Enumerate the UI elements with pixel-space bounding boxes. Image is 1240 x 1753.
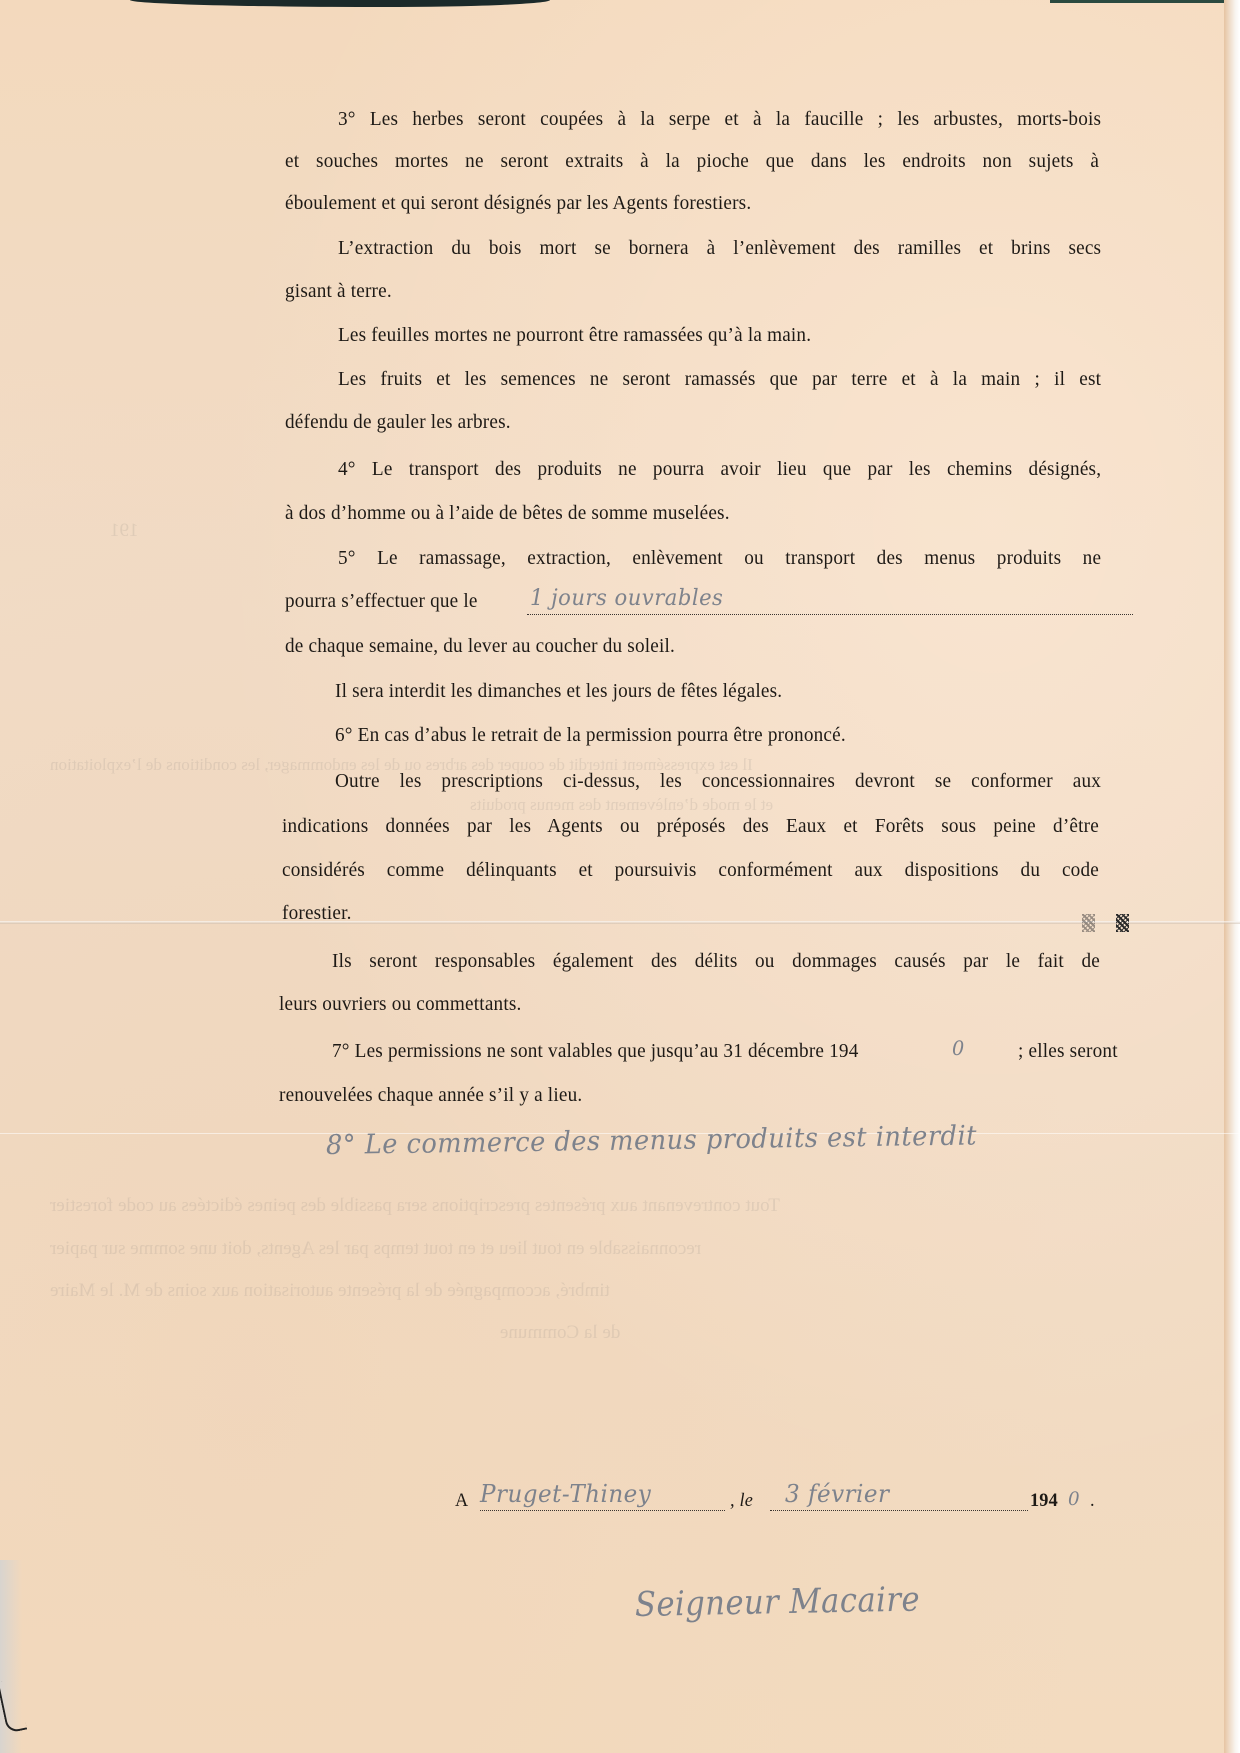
article-3-line-2: et souches mortes ne seront extraits à l… — [285, 150, 1099, 173]
year-printed: 194 — [1030, 1490, 1058, 1512]
outre-line-1: Outre les prescriptions ci-dessus, les c… — [335, 770, 1101, 793]
ink-stamp-mark — [1082, 914, 1095, 932]
article-4-line-1: 4° Le transport des produits ne pourra a… — [338, 458, 1101, 481]
signature: Seigneur Macaire — [635, 1579, 921, 1625]
horizontal-fold-line — [0, 921, 1240, 924]
article-5-line-2-prefix: pourra s’effectuer que le — [285, 590, 478, 613]
outre-line-4: forestier. — [282, 902, 352, 925]
article-3-line-3: éboulement et qui seront désignés par le… — [285, 192, 751, 215]
bois-mort-line-1: L’extraction du bois mort se bornera à l… — [338, 237, 1101, 260]
page-right-edge — [1224, 0, 1240, 1753]
place-fill-line — [480, 1510, 725, 1511]
bleed-line: Tout contrevenant aux présentes prescrip… — [50, 1195, 780, 1217]
bleed-line: reconnaissable en tout lieu et en tout t… — [50, 1238, 701, 1260]
fruits-line-1: Les fruits et les semences ne seront ram… — [338, 368, 1101, 391]
article-7-line-1-prefix: 7° Les permissions ne sont valables que … — [332, 1040, 859, 1063]
ink-stamp-mark — [1116, 914, 1129, 932]
days-fill-line — [527, 614, 1133, 615]
bois-mort-line-2: gisant à terre. — [285, 280, 392, 303]
date-fill-line — [770, 1510, 1028, 1511]
outre-line-2: indications données par les Agents ou pr… — [282, 815, 1099, 838]
article-7-line-1-suffix: ; elles seront — [1018, 1040, 1118, 1063]
year-handwritten-field[interactable]: 0 — [952, 1036, 965, 1060]
place-handwritten-field[interactable]: Pruget-Thiney — [480, 1480, 651, 1508]
fruits-line-2: défendu de gauler les arbres. — [285, 411, 511, 434]
date-period: . — [1090, 1490, 1095, 1512]
handwritten-article-8[interactable]: 8° Le commerce des menus produits est in… — [326, 1120, 977, 1161]
torn-edge-top — [130, 0, 550, 7]
date-handwritten-field[interactable]: 3 février — [785, 1480, 890, 1508]
date-separator: , le — [730, 1490, 753, 1512]
feuilles-mortes-paragraph: Les feuilles mortes ne pourront être ram… — [338, 324, 811, 347]
bleed-margin-number: 191 — [110, 520, 139, 542]
article-7-line-2: renouvelées chaque année s’il y a lieu. — [279, 1084, 582, 1107]
background-strip — [1050, 0, 1240, 3]
outre-line-3: considérés comme délinquants et poursuiv… — [282, 859, 1099, 882]
days-handwritten-field[interactable]: 1 jours ouvrables — [530, 586, 723, 611]
responsables-line-1: Ils seront responsables également des dé… — [332, 950, 1100, 973]
interdit-dimanches-paragraph: Il sera interdit les dimanches et les jo… — [335, 680, 782, 703]
article-5-line-1: 5° Le ramassage, extraction, enlèvement … — [338, 547, 1101, 570]
article-3-line-1: 3° Les herbes seront coupées à la serpe … — [338, 108, 1101, 131]
year-signature-handwritten-field[interactable]: 0 — [1068, 1488, 1080, 1510]
article-4-line-2: à dos d’homme ou à l’aide de bêtes de so… — [285, 502, 730, 525]
bleed-line: timbré, accompagnée de la présente autor… — [50, 1280, 610, 1302]
article-5-line-3: de chaque semaine, du lever au coucher d… — [285, 635, 675, 658]
place-prefix-a: A — [455, 1490, 468, 1512]
responsables-line-2: leurs ouvriers ou commettants. — [279, 993, 522, 1016]
article-6-paragraph: 6° En cas d’abus le retrait de la permis… — [335, 724, 846, 747]
document-page: 191 Il est expressément interdit de coup… — [0, 0, 1240, 1753]
bleed-line: et le mode d’enlèvement des menus produi… — [470, 795, 773, 815]
bleed-line: de la Commune — [500, 1322, 620, 1344]
